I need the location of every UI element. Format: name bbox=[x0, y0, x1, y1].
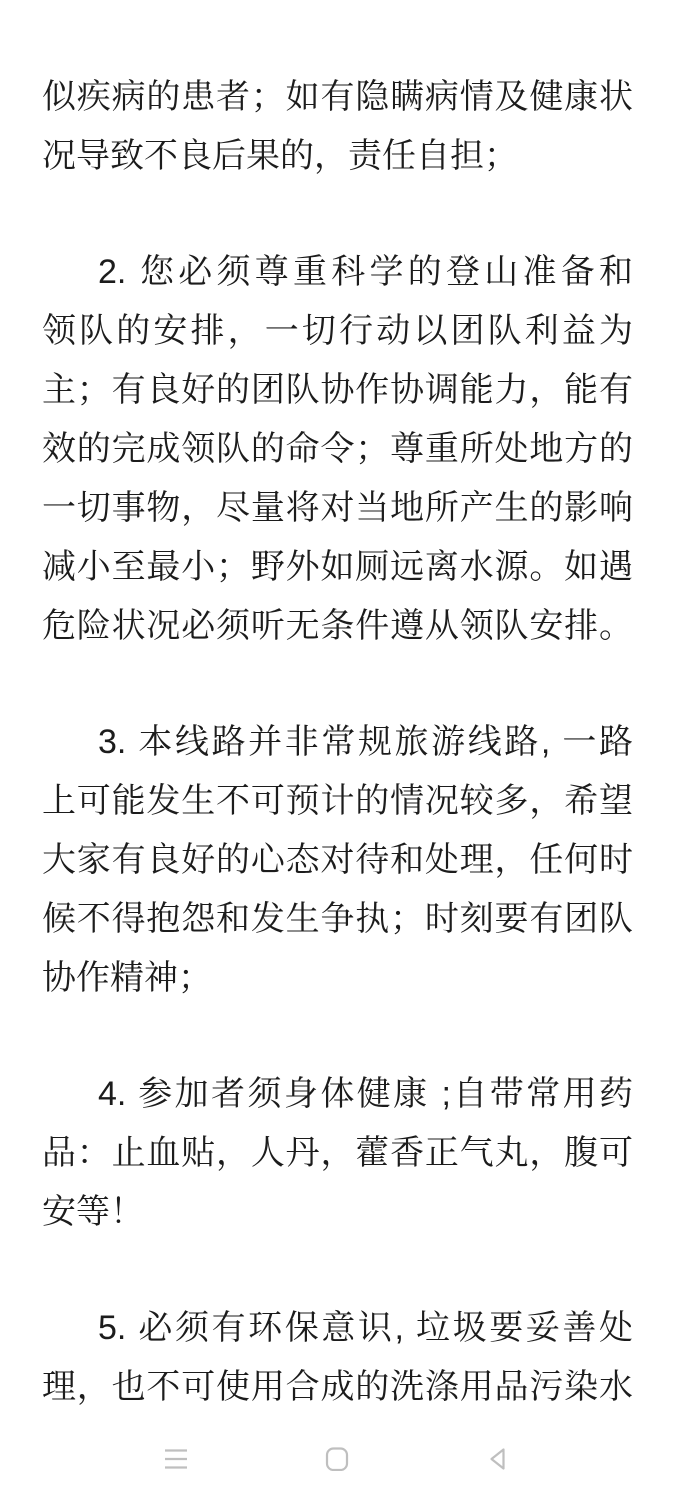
text-line: 2. 您必须尊重科学的登山准备和 bbox=[42, 243, 633, 302]
text-line: 理，也不可使用合成的洗涤用品污染水 bbox=[42, 1358, 633, 1417]
text-line: 减小至最小；野外如厕远离水源。如遇 bbox=[42, 538, 633, 597]
text-line: 领队的安排，一切行动以团队利益为 bbox=[42, 302, 633, 361]
text-line: 4. 参加者须身体健康 ;自带常用药 bbox=[42, 1065, 633, 1124]
text-line: 一切事物，尽量将对当地所产生的影响 bbox=[42, 479, 633, 538]
home-icon bbox=[325, 1447, 349, 1471]
text-line: 3. 本线路并非常规旅游线路, 一路 bbox=[42, 713, 633, 772]
text-line: 安等！ bbox=[42, 1183, 633, 1242]
home-button[interactable] bbox=[307, 1437, 367, 1481]
text-line: 协作精神； bbox=[42, 949, 633, 1008]
text-line: 品：止血贴，人丹，藿香正气丸，腹可 bbox=[42, 1124, 633, 1183]
recents-button[interactable] bbox=[146, 1437, 206, 1481]
text-line: 效的完成领队的命令；尊重所处地方的 bbox=[42, 420, 633, 479]
back-icon bbox=[486, 1447, 510, 1471]
phone-screen: 似疾病的患者；如有隐瞒病情及健康状况导致不良后果的，责任自担；2. 您必须尊重科… bbox=[0, 0, 675, 1500]
text-line: 上可能发生不可预计的情况较多，希望 bbox=[42, 772, 633, 831]
menu-icon bbox=[164, 1447, 188, 1471]
text-line: 大家有良好的心态对待和处理，任何时 bbox=[42, 831, 633, 890]
text-line: 况导致不良后果的，责任自担； bbox=[42, 127, 633, 186]
android-navigation-bar bbox=[0, 1430, 675, 1500]
text-line: 5. 必须有环保意识, 垃圾要妥善处 bbox=[42, 1299, 633, 1358]
document-text: 似疾病的患者；如有隐瞒病情及健康状况导致不良后果的，责任自担；2. 您必须尊重科… bbox=[0, 0, 675, 1417]
text-line: 似疾病的患者；如有隐瞒病情及健康状 bbox=[42, 68, 633, 127]
back-button[interactable] bbox=[468, 1437, 528, 1481]
text-line: 主；有良好的团队协作协调能力，能有 bbox=[42, 361, 633, 420]
text-line: 候不得抱怨和发生争执；时刻要有团队 bbox=[42, 890, 633, 949]
text-line: 危险状况必须听无条件遵从领队安排。 bbox=[42, 597, 633, 656]
